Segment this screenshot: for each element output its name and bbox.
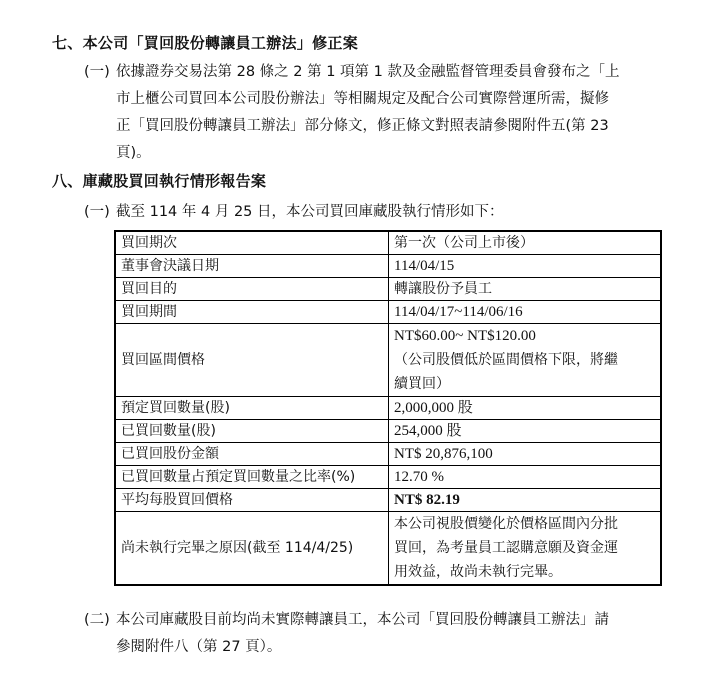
item-number: (二) [84, 607, 110, 634]
table-row: 預定買回數量(股) 2,000,000 股 [115, 397, 661, 420]
table-row: 董事會決議日期 114/04/15 [115, 255, 661, 278]
section-8-item-2: (二) 本公司庫藏股目前均尚未實際轉讓員工，本公司「買回股份轉讓員工辦法」請 參… [84, 607, 684, 667]
table-row: 平均每股買回價格 NT$ 82.19 [115, 489, 661, 512]
row-value: NT$60.00~ NT$120.00 （公司股價低於區間價格下限，將繼 續買回… [389, 324, 662, 397]
buyback-table: 買回期次 第一次（公司上市後） 董事會決議日期 114/04/15 買回目的 轉… [114, 230, 662, 586]
paragraph-line: 本公司庫藏股目前均尚未實際轉讓員工，本公司「買回股份轉讓員工辦法」請 [116, 607, 609, 634]
value-line: 用效益，故尚未執行完畢。 [394, 560, 655, 584]
paragraph-line: 頁)。 [116, 140, 620, 167]
paragraph-line: 截至 114 年 4 月 25 日，本公司買回庫藏股執行情形如下： [116, 199, 504, 226]
row-value: 第一次（公司上市後） [389, 231, 662, 255]
row-label: 買回期次 [115, 231, 389, 255]
row-value: 114/04/15 [389, 255, 662, 278]
table-row: 已買回股份金額 NT$ 20,876,100 [115, 443, 661, 466]
table-row: 買回期間 114/04/17~114/06/16 [115, 301, 661, 324]
row-label: 買回期間 [115, 301, 389, 324]
row-label: 買回目的 [115, 278, 389, 301]
section-8-item-1: (一) 截至 114 年 4 月 25 日，本公司買回庫藏股執行情形如下： [84, 199, 684, 226]
row-value: 本公司視股價變化於價格區間內分批 買回，為考量員工認購意願及資金運 用效益，故尚… [389, 512, 662, 586]
item-number: (一) [84, 199, 110, 226]
table-row: 尚未執行完畢之原因(截至 114/4/25) 本公司視股價變化於價格區間內分批 … [115, 512, 661, 586]
row-label: 尚未執行完畢之原因(截至 114/4/25) [115, 512, 389, 586]
value-line: 買回，為考量員工認購意願及資金運 [394, 536, 655, 560]
row-value: 轉讓股份予員工 [389, 278, 662, 301]
paragraph-line: 市上櫃公司買回本公司股份辦法」等相關規定及配合公司實際營運所需，擬修 [116, 86, 620, 113]
row-value: 2,000,000 股 [389, 397, 662, 420]
value-line: NT$60.00~ NT$120.00 [394, 324, 655, 348]
table-row: 買回區間價格 NT$60.00~ NT$120.00 （公司股價低於區間價格下限… [115, 324, 661, 397]
row-value: NT$ 82.19 [389, 489, 662, 512]
paragraph-line: 依據證券交易法第 28 條之 2 第 1 項第 1 款及金融監督管理委員會發布之… [116, 59, 620, 86]
table-row: 已買回數量占預定買回數量之比率(%) 12.70 % [115, 466, 661, 489]
item-number: (一) [84, 59, 110, 86]
row-value: 114/04/17~114/06/16 [389, 301, 662, 324]
section-8-heading: 八、庫藏股買回執行情形報告案 [52, 170, 266, 191]
value-line: （公司股價低於區間價格下限，將繼 [394, 348, 655, 372]
row-value: NT$ 20,876,100 [389, 443, 662, 466]
paragraph-line: 參閱附件八（第 27 頁）。 [116, 634, 609, 661]
table-row: 已買回數量(股) 254,000 股 [115, 420, 661, 443]
value-line: 續買回） [394, 372, 655, 396]
table-row: 買回期次 第一次（公司上市後） [115, 231, 661, 255]
section-7-heading: 七、本公司「買回股份轉讓員工辦法」修正案 [52, 32, 358, 53]
row-label: 預定買回數量(股) [115, 397, 389, 420]
paragraph-line: 正「買回股份轉讓員工辦法」部分條文，修正條文對照表請參閱附件五(第 23 [116, 113, 620, 140]
row-label: 平均每股買回價格 [115, 489, 389, 512]
row-value: 12.70 % [389, 466, 662, 489]
row-label: 已買回股份金額 [115, 443, 389, 466]
row-label: 董事會決議日期 [115, 255, 389, 278]
row-label: 已買回數量(股) [115, 420, 389, 443]
row-label: 買回區間價格 [115, 324, 389, 397]
value-line: 本公司視股價變化於價格區間內分批 [394, 512, 655, 536]
section-7-item-1: (一) 依據證券交易法第 28 條之 2 第 1 項第 1 款及金融監督管理委員… [84, 59, 684, 169]
row-label: 已買回數量占預定買回數量之比率(%) [115, 466, 389, 489]
table-row: 買回目的 轉讓股份予員工 [115, 278, 661, 301]
row-value: 254,000 股 [389, 420, 662, 443]
